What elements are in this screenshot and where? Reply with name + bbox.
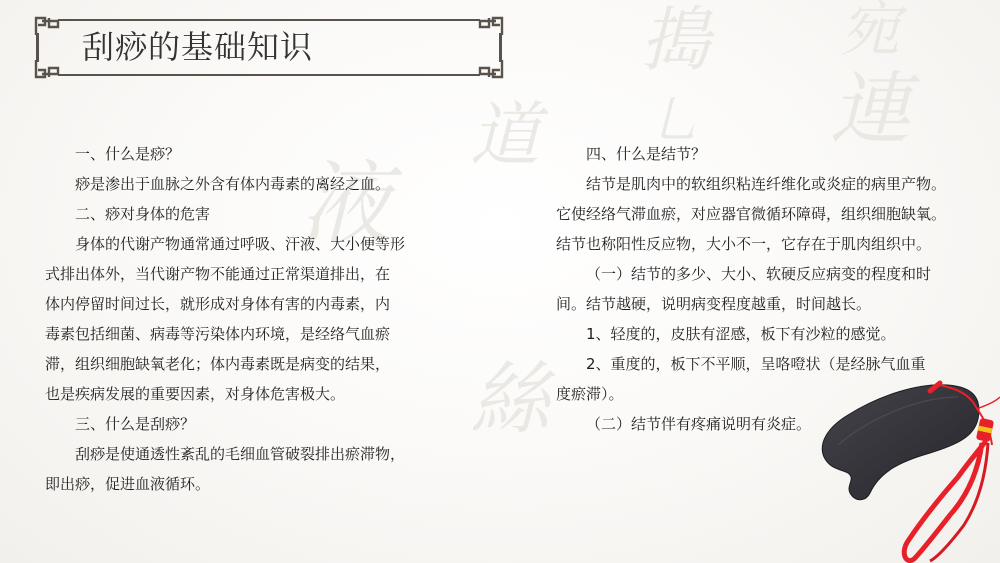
paragraph-line: 结节也称阳性反应物，大小不一，它存在于肌肉组织中。 bbox=[556, 229, 986, 259]
heading-what-is-guasha: 三、什么是刮痧？ bbox=[45, 409, 445, 439]
paragraph-line: 毒素包括细菌、病毒等污染体内环境，是经络气血瘀 bbox=[45, 319, 445, 349]
corner-knot-icon bbox=[478, 58, 504, 80]
paragraph-line: 体内停留时间过长，就形成对身体有害的内毒素，内 bbox=[45, 289, 445, 319]
frame-bottom-border bbox=[58, 74, 480, 76]
frame-top-border bbox=[58, 19, 480, 21]
paragraph-line: 刮痧是使通透性紊乱的毛细血管破裂排出瘀滞物， bbox=[45, 439, 445, 469]
left-text-column: 一、什么是痧？ 痧是渗出于血脉之外含有体内毒素的离经之血。 二、痧对身体的危害 … bbox=[45, 139, 445, 499]
corner-knot-icon bbox=[34, 15, 60, 37]
gua-sha-board-icon bbox=[818, 375, 1000, 563]
paragraph-line: 滞，组织细胞缺氧老化；体内毒素既是病变的结果， bbox=[45, 349, 445, 379]
corner-knot-icon bbox=[34, 58, 60, 80]
paragraph-line: （一）结节的多少、大小、软硬反应病变的程度和时 bbox=[556, 259, 986, 289]
corner-knot-icon bbox=[478, 15, 504, 37]
title-frame: 刮痧的基础知识 bbox=[36, 19, 502, 76]
heading-what-is-nodule: 四、什么是结节？ bbox=[556, 139, 986, 169]
paragraph-line: 身体的代谢产物通常通过呼吸、汗液、大小便等形 bbox=[45, 229, 445, 259]
paragraph-line: 即出痧，促进血液循环。 bbox=[45, 469, 445, 499]
list-item-mild: 1、轻度的，皮肤有涩感，板下有沙粒的感觉。 bbox=[556, 319, 986, 349]
paragraph-line: 间。结节越硬，说明病变程度越重，时间越长。 bbox=[556, 289, 986, 319]
paragraph-line: 式排出体外，当代谢产物不能通过正常渠道排出，在 bbox=[45, 259, 445, 289]
paragraph-line: 也是疾病发展的重要因素，对身体危害极大。 bbox=[45, 379, 445, 409]
heading-what-is-sha: 一、什么是痧？ bbox=[45, 139, 445, 169]
slide-title: 刮痧的基础知识 bbox=[82, 27, 313, 67]
heading-sha-harm: 二、痧对身体的危害 bbox=[45, 199, 445, 229]
paragraph-line: 结节是肌肉中的软组织粘连纤维化或炎症的病里产物。 bbox=[556, 169, 986, 199]
paragraph-line: 痧是渗出于血脉之外含有体内毒素的离经之血。 bbox=[45, 169, 445, 199]
paragraph-line: 它使经络气滞血瘀，对应器官微循环障碍，组织细胞缺氧。 bbox=[556, 199, 986, 229]
